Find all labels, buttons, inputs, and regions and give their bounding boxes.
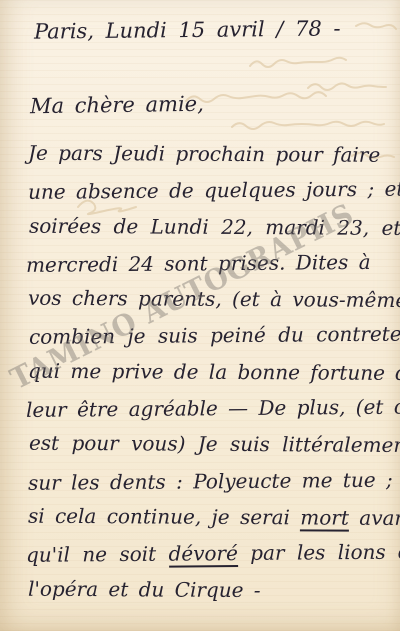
letter-line-segment: par les lions de (238, 540, 400, 566)
letter-body: Je pars Jeudi prochain pour faire une ab… (28, 136, 400, 608)
letter-salutation: Ma chère amie, (30, 92, 204, 118)
letter-photograph: TAMINO AUTOGRAPHS Paris, Lundi 15 avril … (0, 0, 400, 631)
letter-line-segment: qu'il ne soit (26, 542, 169, 567)
letter-line: mercredi 24 sont prises. Dites à (26, 243, 400, 283)
letter-line: Je pars Jeudi prochain pour faire (28, 135, 400, 174)
letter-line: qui me prive de la bonne fortune de (28, 352, 400, 391)
letter-line: leur être agréable — De plus, (et ceci (26, 388, 400, 428)
underlined-word: mort (300, 505, 349, 531)
letter-line: soirées de Lundi 22, mardi 23, et (29, 207, 400, 246)
letter-line: combien je suis peiné du contretemps (29, 316, 400, 356)
letter-line-segment: avant (349, 506, 400, 530)
letter-line: une absence de quelques jours ; et mes (28, 170, 400, 210)
letter-line: est pour vous) Je suis littéralement (29, 425, 400, 464)
letter-line: si cela continue, je serai mort avant (28, 498, 400, 537)
letter-line: vos chers parents, (et à vous-même) (28, 280, 400, 319)
underlined-word: dévoré (168, 541, 238, 568)
letter-line: l'opéra et du Cirque - (28, 570, 400, 609)
letter-line: sur les dents : Polyeucte me tue ; et (28, 461, 400, 501)
letter-line-segment: si cela continue, je serai (28, 504, 300, 530)
letter-dateline: Paris, Lundi 15 avril / 78 - (34, 16, 341, 43)
letter-line: qu'il ne soit dévoré par les lions de (26, 533, 400, 573)
